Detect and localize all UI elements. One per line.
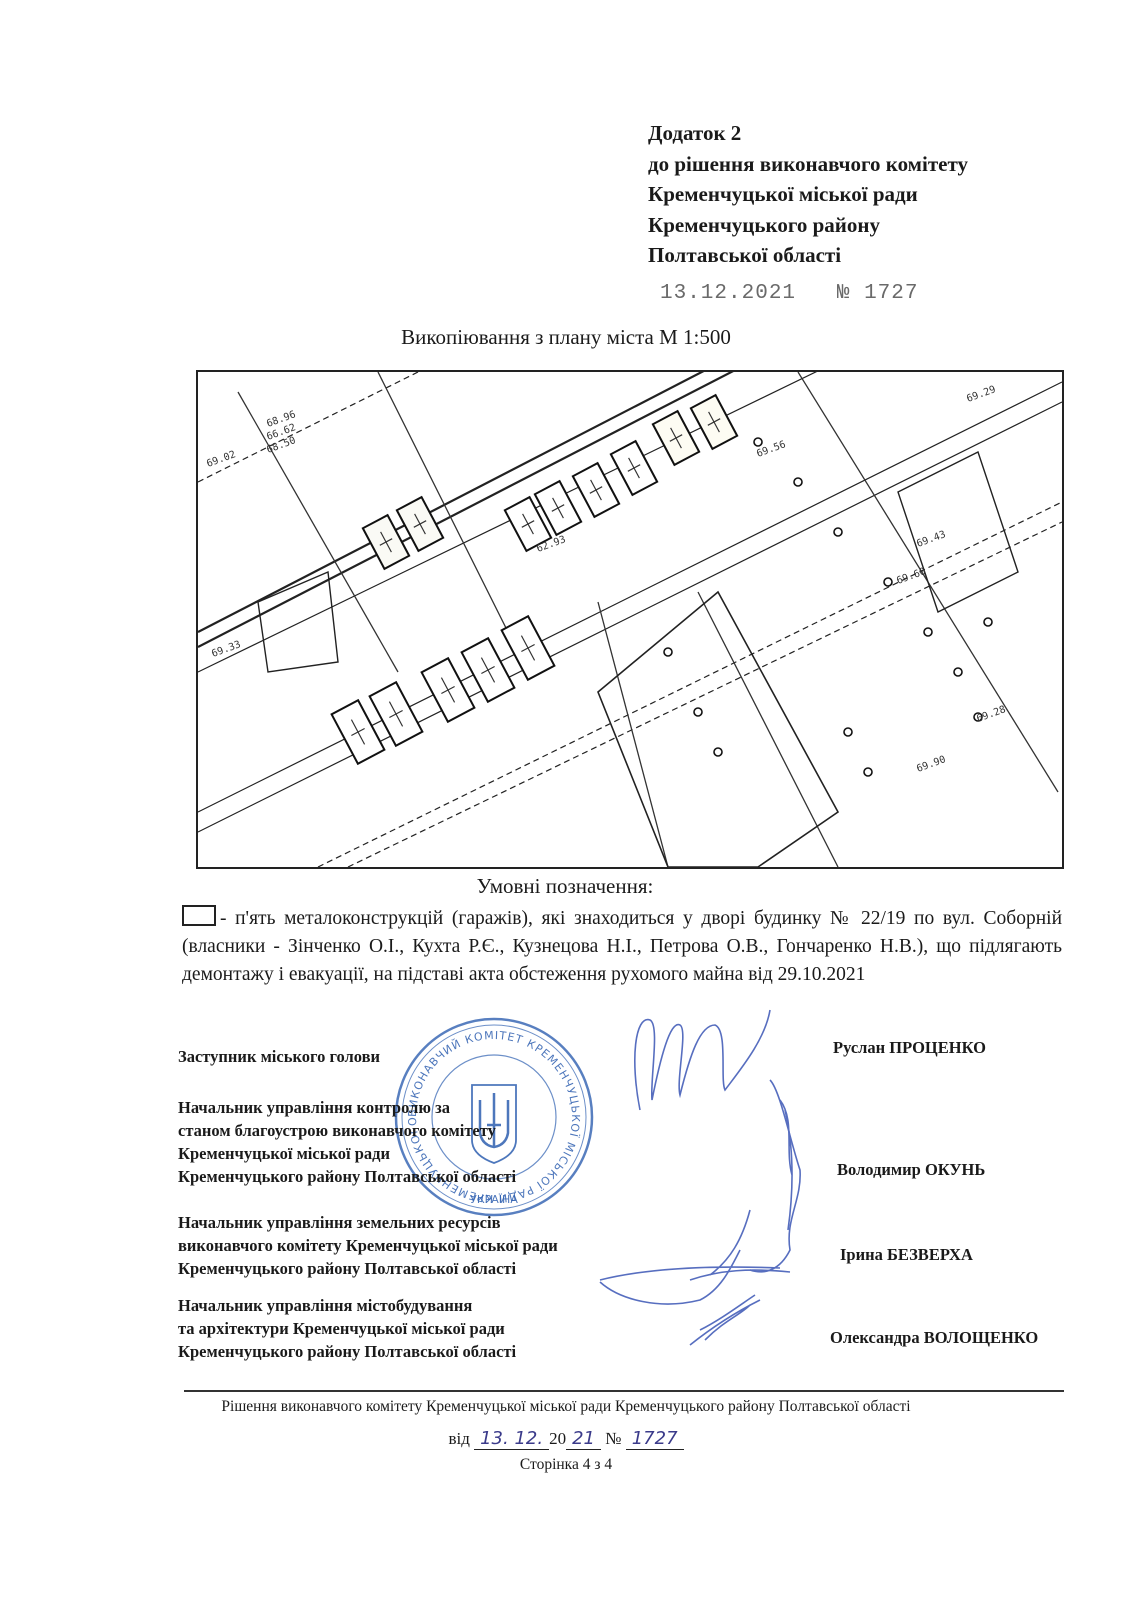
stamp-date: 13.12.2021 bbox=[660, 282, 796, 305]
footer-divider bbox=[184, 1390, 1064, 1392]
header-line: Полтавської області bbox=[648, 240, 968, 271]
footer-text: Рішення виконавчого комітету Кременчуцьк… bbox=[0, 1398, 1132, 1416]
signatory-position: Заступник міського голови bbox=[178, 1045, 380, 1068]
svg-text:69.02: 69.02 bbox=[205, 449, 237, 470]
header-line: Кременчуцької міської ради bbox=[648, 179, 968, 210]
handwritten-date: 13. 12. bbox=[474, 1428, 549, 1450]
signatory-position: Начальник управління контролю за станом … bbox=[178, 1096, 516, 1188]
position-line: виконавчого комітету Кременчуцької міськ… bbox=[178, 1234, 558, 1257]
stamp-number: 1727 bbox=[864, 282, 918, 305]
number-label: № bbox=[605, 1429, 621, 1448]
signatory-position: Начальник управління земельних ресурсів … bbox=[178, 1211, 558, 1280]
handwritten-number: 1727 bbox=[626, 1428, 684, 1450]
map-title: Викопіювання з плану міста М 1:500 bbox=[0, 325, 1132, 350]
svg-text:69.29: 69.29 bbox=[965, 384, 997, 405]
legend-title: Умовні позначення: bbox=[0, 874, 1080, 899]
header-line: Кременчуцького району bbox=[648, 210, 968, 241]
svg-text:69.33: 69.33 bbox=[210, 639, 242, 660]
position-line: Кременчуцького району Полтавської област… bbox=[178, 1165, 516, 1188]
page-number: Сторінка 4 з 4 bbox=[0, 1456, 1132, 1474]
signatory-position: Начальник управління містобудування та а… bbox=[178, 1294, 516, 1363]
legend: - п'ять металоконструкцій (гаражів), які… bbox=[182, 905, 1062, 989]
handwritten-signatures bbox=[580, 1000, 840, 1380]
header-line: Додаток 2 bbox=[648, 118, 968, 149]
position-line: станом благоустрою виконавчого комітету bbox=[178, 1119, 516, 1142]
svg-text:69.60: 69.60 bbox=[895, 566, 927, 587]
svg-text:69.56: 69.56 bbox=[755, 439, 787, 460]
city-plan-map: 68.9666.6268.5069.0269.3369.2869.4369.60… bbox=[196, 370, 1064, 869]
signatory-name: Ірина БЕЗВЕРХА bbox=[840, 1245, 973, 1265]
position-line: Начальник управління містобудування bbox=[178, 1294, 516, 1317]
stamp-number-label: № bbox=[837, 282, 851, 305]
position-line: Начальник управління контролю за bbox=[178, 1096, 516, 1119]
signature-strokes-icon bbox=[580, 1000, 840, 1380]
position-line: Заступник міського голови bbox=[178, 1045, 380, 1068]
footer-decision-date: від 13. 12.2021 № 1727 bbox=[0, 1428, 1132, 1449]
position-line: Начальник управління земельних ресурсів bbox=[178, 1211, 558, 1234]
signatory-name: Руслан ПРОЦЕНКО bbox=[833, 1038, 986, 1058]
appendix-header: Додаток 2 до рішення виконавчого комітет… bbox=[648, 118, 968, 271]
header-line: до рішення виконавчого комітету bbox=[648, 149, 968, 180]
svg-text:69.28: 69.28 bbox=[975, 704, 1007, 725]
registration-stamp: 13.12.2021 № 1727 bbox=[660, 282, 918, 305]
legend-text: - п'ять металоконструкцій (гаражів), які… bbox=[182, 908, 1062, 985]
year-prefix: 20 bbox=[549, 1429, 566, 1448]
signatory-name: Олександра ВОЛОЩЕНКО bbox=[830, 1328, 1038, 1348]
svg-text:69.90: 69.90 bbox=[915, 754, 947, 775]
date-prefix: від bbox=[448, 1429, 469, 1448]
position-line: Кременчуцького району Полтавської област… bbox=[178, 1340, 516, 1363]
position-line: Кременчуцької міської ради bbox=[178, 1142, 516, 1165]
position-line: та архітектури Кременчуцької міської рад… bbox=[178, 1317, 516, 1340]
handwritten-year: 21 bbox=[566, 1428, 601, 1450]
svg-text:УКРАЇНА: УКРАЇНА bbox=[470, 1193, 518, 1206]
legend-square-icon bbox=[182, 905, 216, 926]
svg-text:69.43: 69.43 bbox=[915, 529, 947, 550]
signatory-name: Володимир ОКУНЬ bbox=[837, 1160, 985, 1180]
position-line: Кременчуцького району Полтавської област… bbox=[178, 1257, 558, 1280]
map-drawing: 68.9666.6268.5069.0269.3369.2869.4369.60… bbox=[198, 372, 1062, 867]
